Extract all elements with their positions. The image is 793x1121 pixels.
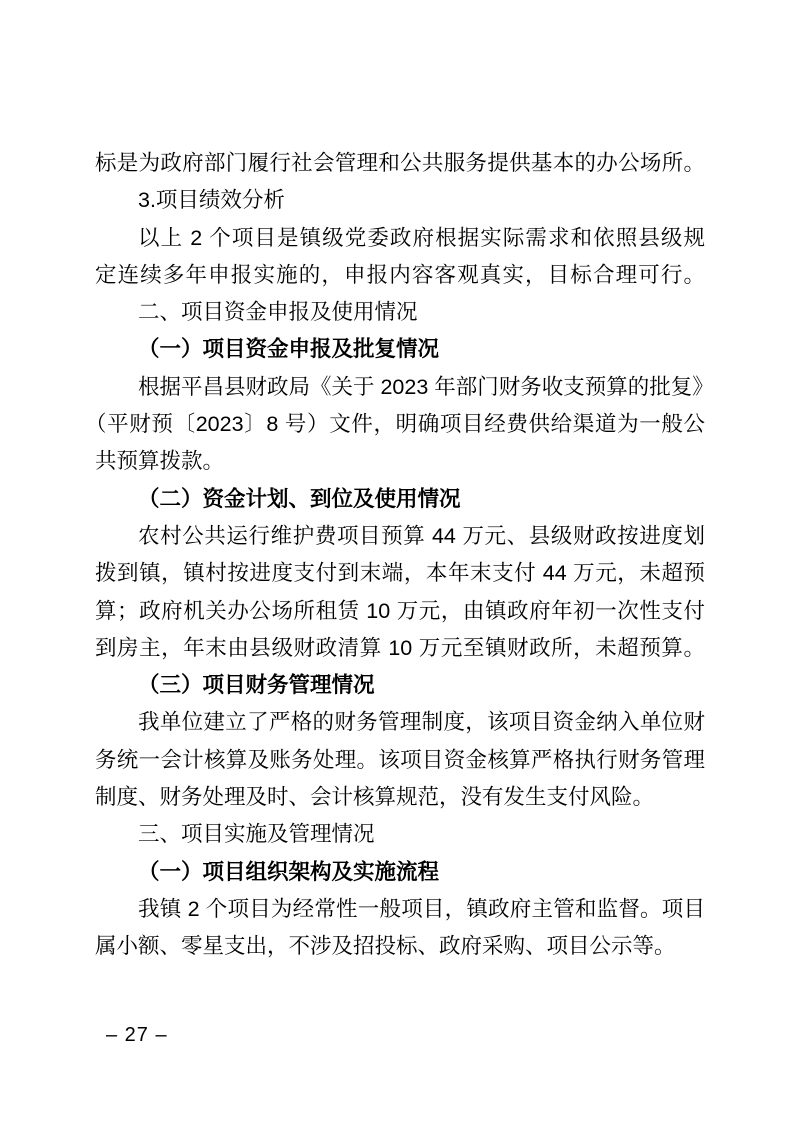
document-body: 标是为政府部门履行社会管理和公共服务提供基本的办公场所。3.项目绩效分析以上 2…	[95, 145, 705, 966]
page-number: – 27 –	[106, 1024, 168, 1046]
document-line: 二、项目资金申报及使用情况	[95, 294, 705, 331]
document-line: 到房主，年末由县级财政清算 10 万元至镇财政所，未超预算。	[95, 630, 705, 667]
document-line: （平财预〔2023〕8 号）文件，明确项目经费供给渠道为一般公	[85, 406, 705, 443]
document-line: 我镇 2 个项目为经常性一般项目，镇政府主管和监督。项目	[95, 891, 705, 928]
document-line: 属小额、零星支出，不涉及招投标、政府采购、项目公示等。	[95, 928, 705, 965]
document-line: （一）项目资金申报及批复情况	[95, 331, 705, 368]
document-line: （一）项目组织架构及实施流程	[95, 854, 705, 891]
document-line: 三、项目实施及管理情况	[95, 816, 705, 853]
document-line: 3.项目绩效分析	[95, 182, 705, 219]
document-line: 务统一会计核算及账务处理。该项目资金核算严格执行财务管理	[95, 742, 705, 779]
document-page: 标是为政府部门履行社会管理和公共服务提供基本的办公场所。3.项目绩效分析以上 2…	[0, 0, 793, 1121]
document-line: 农村公共运行维护费项目预算 44 万元、县级财政按进度划	[95, 518, 705, 555]
document-line: 根据平昌县财政局《关于 2023 年部门财务收支预算的批复》	[95, 369, 705, 406]
document-line: 拨到镇，镇村按进度支付到末端，本年末支付 44 万元，未超预	[95, 555, 705, 592]
document-line: （二）资金计划、到位及使用情况	[95, 481, 705, 518]
document-line: 我单位建立了严格的财务管理制度，该项目资金纳入单位财	[95, 704, 705, 741]
document-line: 标是为政府部门履行社会管理和公共服务提供基本的办公场所。	[95, 145, 705, 182]
document-line: 制度、财务处理及时、会计核算规范，没有发生支付风险。	[95, 779, 705, 816]
document-line: （三）项目财务管理情况	[95, 667, 705, 704]
document-line: 算；政府机关办公场所租赁 10 万元，由镇政府年初一次性支付	[95, 593, 705, 630]
document-line: 以上 2 个项目是镇级党委政府根据实际需求和依照县级规	[95, 220, 705, 257]
document-line: 定连续多年申报实施的，申报内容客观真实，目标合理可行。	[95, 257, 705, 294]
document-line: 共预算拨款。	[95, 443, 705, 480]
